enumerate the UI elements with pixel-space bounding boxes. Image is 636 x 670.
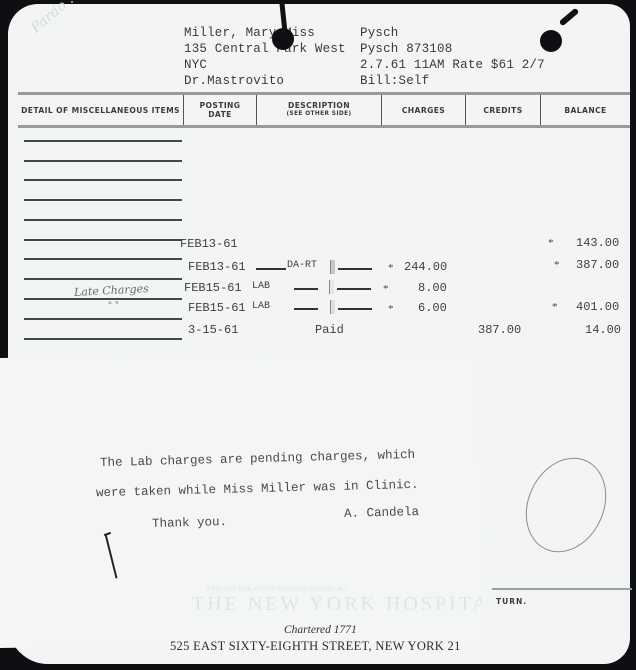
row-3-charge: 8.00 (418, 281, 447, 295)
ruled-line (24, 160, 182, 162)
note-line-1: The Lab charges are pending charges, whi… (100, 448, 415, 470)
ditto-marks: " " (108, 301, 120, 312)
row-2-charge-star: * (388, 262, 394, 274)
punch-hole (540, 30, 562, 52)
department: Pysch (360, 26, 399, 40)
row-3-charge-star: * (383, 283, 389, 295)
patient-address: 135 Central Park West (184, 42, 346, 56)
row-2-date: FEB13-61 (188, 260, 246, 274)
row-2-balance: 387.00 (576, 258, 619, 272)
row-2-balance-star: * (554, 259, 560, 271)
ruled-line (24, 338, 182, 340)
chartered-text: Chartered 1771 (284, 624, 357, 636)
row-3-marker (329, 280, 334, 294)
showthrough-small: A PRIVATE NON-PROFIT HOSPITAL SERVING AL… (206, 586, 348, 593)
pencil-circle (511, 445, 621, 566)
ruled-line (24, 258, 182, 260)
row-2-marker (330, 260, 335, 274)
header-charges: CHARGES (382, 95, 466, 125)
row-4-marker (330, 300, 335, 314)
row-4-dash (294, 308, 318, 310)
ruled-line (24, 298, 182, 300)
row-2-dash (256, 268, 286, 270)
row-5-credit: 387.00 (478, 323, 521, 337)
note-closing: Thank you. (152, 515, 227, 531)
header-posting-date: POSTINGDATE (184, 95, 257, 125)
ruled-line (24, 199, 182, 201)
row-4-description: LAB (252, 301, 270, 312)
patient-name: Miller, Mary Miss (184, 26, 315, 40)
row-4-dash-2 (338, 308, 372, 310)
ruled-line (24, 219, 182, 221)
row-2-charge: 244.00 (404, 260, 447, 274)
attached-note: The Lab charges are pending charges, whi… (0, 352, 488, 650)
showthrough-hospital-name: THE NEW YORK HOSPITAL (192, 593, 505, 616)
header-credits: CREDITS (466, 95, 541, 125)
row-3-date: FEB15-61 (184, 281, 242, 295)
row-5-description: Paid (315, 323, 344, 337)
ruled-line (24, 239, 182, 241)
row-5-date: 3-15-61 (188, 323, 238, 337)
ruled-line (24, 179, 182, 181)
row-2-description: DA-RT (287, 260, 317, 271)
patient-city: NYC (184, 58, 207, 72)
ruled-line (24, 318, 182, 320)
ruled-line (24, 140, 182, 142)
row-4-balance-star: * (552, 301, 558, 313)
ruled-line (24, 278, 182, 280)
note-signature: A. Candela (344, 505, 419, 521)
account-number: Pysch 873108 (360, 42, 452, 56)
header-detail: DETAIL OF MISCELLANEOUS ITEMS (18, 95, 184, 125)
return-text: TURN. (496, 597, 527, 606)
hospital-address: 525 EAST SIXTY-EIGHTH STREET, NEW YORK 2… (170, 639, 461, 654)
doctor-name: Dr.Mastrovito (184, 74, 284, 88)
row-4-charge: 6.00 (418, 301, 447, 315)
billing-info: Bill:Self (360, 74, 429, 88)
row-4-balance: 401.00 (576, 300, 619, 314)
late-charges-note: Late Charges (74, 282, 149, 299)
note-line-2: were taken while Miss Miller was in Clin… (96, 478, 419, 500)
footer-rule (492, 588, 632, 590)
row-3-dash (294, 288, 318, 290)
row-4-date: FEB15-61 (188, 301, 246, 315)
row-1-date: FEB13-61 (180, 237, 238, 251)
row-1-balance: 143.00 (576, 236, 619, 250)
header-balance: BALANCE (541, 95, 630, 125)
faint-handwriting: Pardo ... (28, 0, 84, 36)
row-1-balance-star: * (548, 237, 554, 249)
row-5-balance: 14.00 (585, 323, 621, 337)
row-4-charge-star: * (388, 303, 394, 315)
row-2-dash-2 (338, 268, 372, 270)
row-3-dash-2 (337, 288, 371, 290)
table-header: DETAIL OF MISCELLANEOUS ITEMS POSTINGDAT… (18, 92, 630, 128)
header-description: DESCRIPTION(SEE OTHER SIDE) (257, 95, 382, 125)
admission-info: 2.7.61 11AM Rate $61 2/7 (360, 58, 545, 72)
row-3-description: LAB (252, 281, 270, 292)
